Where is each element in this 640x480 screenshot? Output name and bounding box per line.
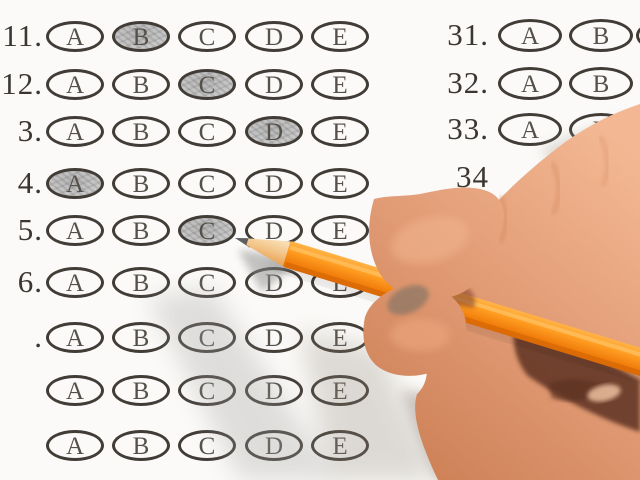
- bubble-left-row5-B[interactable]: B: [112, 267, 170, 298]
- bubble-letter: C: [199, 434, 216, 459]
- bubble-letter: C: [199, 379, 216, 404]
- bubble-left-row2-C[interactable]: C: [178, 116, 236, 147]
- bubble-letter: E: [332, 25, 347, 50]
- bubble-letter: D: [265, 172, 283, 197]
- question-number-left-1: 12.: [0, 66, 43, 102]
- bubble-letter: E: [332, 271, 347, 296]
- bubble-left-row4-A[interactable]: A: [46, 215, 104, 246]
- bubble-letter: B: [593, 118, 610, 143]
- bubble-letter: B: [593, 24, 610, 49]
- bubble-sheet: 11.ABCDE12.ABCDE3.ABCDE4.ABCDE5.ABCDE6.A…: [0, 0, 640, 480]
- bubble-left-row7-C[interactable]: C: [178, 375, 236, 406]
- bubble-letter: A: [66, 120, 84, 145]
- bubble-left-row4-C[interactable]: C: [178, 215, 236, 246]
- bubble-letter: B: [133, 379, 150, 404]
- bubble-letter: E: [332, 326, 347, 351]
- bubble-letter: D: [265, 219, 283, 244]
- bubble-letter: D: [265, 271, 283, 296]
- bubble-letter: C: [199, 120, 216, 145]
- bubble-left-row1-B[interactable]: B: [112, 69, 170, 100]
- question-number-left-4: 5.: [0, 212, 43, 248]
- bubble-letter: C: [199, 271, 216, 296]
- bubble-left-row7-B[interactable]: B: [112, 375, 170, 406]
- bubble-letter: A: [521, 24, 539, 49]
- bubble-letter: D: [265, 25, 283, 50]
- bubble-letter: B: [593, 72, 610, 97]
- question-number-left-5: 6.: [0, 264, 43, 300]
- bubble-left-row2-E[interactable]: E: [311, 116, 369, 147]
- bubble-letter: A: [521, 72, 539, 97]
- bubble-letter: E: [332, 434, 347, 459]
- question-number-left-7: [0, 372, 43, 408]
- bubble-letter: A: [66, 73, 84, 98]
- bubble-right-row1-A[interactable]: A: [498, 67, 562, 100]
- bubble-left-row8-B[interactable]: B: [112, 430, 170, 461]
- bubble-letter: C: [199, 25, 216, 50]
- bubble-letter: E: [332, 172, 347, 197]
- bubble-letter: B: [133, 172, 150, 197]
- question-number-left-8: [0, 427, 43, 463]
- bubble-letter: E: [332, 120, 347, 145]
- bubble-letter: E: [332, 379, 347, 404]
- question-number-left-6: .: [0, 319, 43, 355]
- bubble-left-row6-E[interactable]: E: [311, 322, 369, 353]
- bubble-letter: B: [133, 326, 150, 351]
- bubble-left-row2-B[interactable]: B: [112, 116, 170, 147]
- bubble-letter: A: [521, 118, 539, 143]
- bubble-left-row4-B[interactable]: B: [112, 215, 170, 246]
- bubble-left-row6-D[interactable]: D: [245, 322, 303, 353]
- bubble-left-row5-C[interactable]: C: [178, 267, 236, 298]
- question-number-right-2: 33.: [379, 111, 489, 147]
- bubble-left-row5-E[interactable]: E: [311, 267, 369, 298]
- bubble-letter: B: [133, 25, 150, 50]
- bubble-letter: C: [199, 326, 216, 351]
- bubble-left-row1-C[interactable]: C: [178, 69, 236, 100]
- bubble-left-row0-D[interactable]: D: [245, 21, 303, 52]
- bubble-left-row7-A[interactable]: A: [46, 375, 104, 406]
- bubble-letter: D: [265, 73, 283, 98]
- bubble-left-row2-A[interactable]: A: [46, 116, 104, 147]
- bubble-right-row1-B[interactable]: B: [569, 67, 633, 100]
- bubble-right-row0-C[interactable]: C: [636, 19, 640, 52]
- bubble-left-row4-E[interactable]: E: [311, 215, 369, 246]
- bubble-left-row3-A[interactable]: A: [46, 168, 104, 199]
- bubble-letter: A: [66, 326, 84, 351]
- question-number-right-0: 31.: [379, 17, 489, 53]
- bubble-letter: A: [66, 25, 84, 50]
- bubble-left-row5-D[interactable]: D: [245, 267, 303, 298]
- bubble-left-row3-C[interactable]: C: [178, 168, 236, 199]
- bubble-letter: E: [332, 219, 347, 244]
- bubble-right-row2-B[interactable]: B: [569, 113, 633, 146]
- bubble-left-row8-E[interactable]: E: [311, 430, 369, 461]
- bubble-left-row0-C[interactable]: C: [178, 21, 236, 52]
- bubble-left-row8-C[interactable]: C: [178, 430, 236, 461]
- bubble-right-row0-B[interactable]: B: [569, 19, 633, 52]
- bubble-letter: E: [332, 73, 347, 98]
- question-number-right-3: 34: [379, 159, 489, 195]
- answer-sheet-photo: 11.ABCDE12.ABCDE3.ABCDE4.ABCDE5.ABCDE6.A…: [0, 0, 640, 480]
- bubble-letter: B: [133, 271, 150, 296]
- bubble-letter: D: [265, 120, 283, 145]
- bubble-letter: C: [199, 219, 216, 244]
- bubble-left-row6-A[interactable]: A: [46, 322, 104, 353]
- bubble-left-row6-C[interactable]: C: [178, 322, 236, 353]
- bubble-letter: D: [265, 326, 283, 351]
- bubble-letter: A: [66, 172, 84, 197]
- question-number-right-1: 32.: [379, 65, 489, 101]
- bubble-left-row1-A[interactable]: A: [46, 69, 104, 100]
- bubble-left-row6-B[interactable]: B: [112, 322, 170, 353]
- bubble-letter: A: [66, 271, 84, 296]
- bubble-left-row8-D[interactable]: D: [245, 430, 303, 461]
- bubble-left-row0-B[interactable]: B: [112, 21, 170, 52]
- bubble-left-row7-D[interactable]: D: [245, 375, 303, 406]
- bubble-letter: C: [199, 172, 216, 197]
- bubble-left-row3-B[interactable]: B: [112, 168, 170, 199]
- bubble-letter: A: [66, 434, 84, 459]
- bubble-left-row0-E[interactable]: E: [311, 21, 369, 52]
- bubble-left-row2-D[interactable]: D: [245, 116, 303, 147]
- question-number-left-2: 3.: [0, 113, 43, 149]
- bubble-left-row1-E[interactable]: E: [311, 69, 369, 100]
- bubble-letter: C: [199, 73, 216, 98]
- bubble-left-row8-A[interactable]: A: [46, 430, 104, 461]
- bubble-letter: A: [66, 219, 84, 244]
- question-number-left-0: 11.: [0, 18, 43, 54]
- bubble-letter: A: [66, 379, 84, 404]
- bubble-letter: B: [133, 120, 150, 145]
- bubble-left-row7-E[interactable]: E: [311, 375, 369, 406]
- bubble-letter: D: [265, 434, 283, 459]
- bubble-left-row3-D[interactable]: D: [245, 168, 303, 199]
- bubble-left-row1-D[interactable]: D: [245, 69, 303, 100]
- bubble-right-row0-A[interactable]: A: [498, 19, 562, 52]
- bubble-letter: D: [265, 379, 283, 404]
- bubble-letter: B: [133, 73, 150, 98]
- bubble-letter: B: [133, 434, 150, 459]
- bubble-left-row4-D[interactable]: D: [245, 215, 303, 246]
- bubble-left-row5-A[interactable]: A: [46, 267, 104, 298]
- bubble-letter: B: [133, 219, 150, 244]
- bubble-right-row2-A[interactable]: A: [498, 113, 562, 146]
- bubble-left-row3-E[interactable]: E: [311, 168, 369, 199]
- question-number-left-3: 4.: [0, 165, 43, 201]
- bubble-left-row0-A[interactable]: A: [46, 21, 104, 52]
